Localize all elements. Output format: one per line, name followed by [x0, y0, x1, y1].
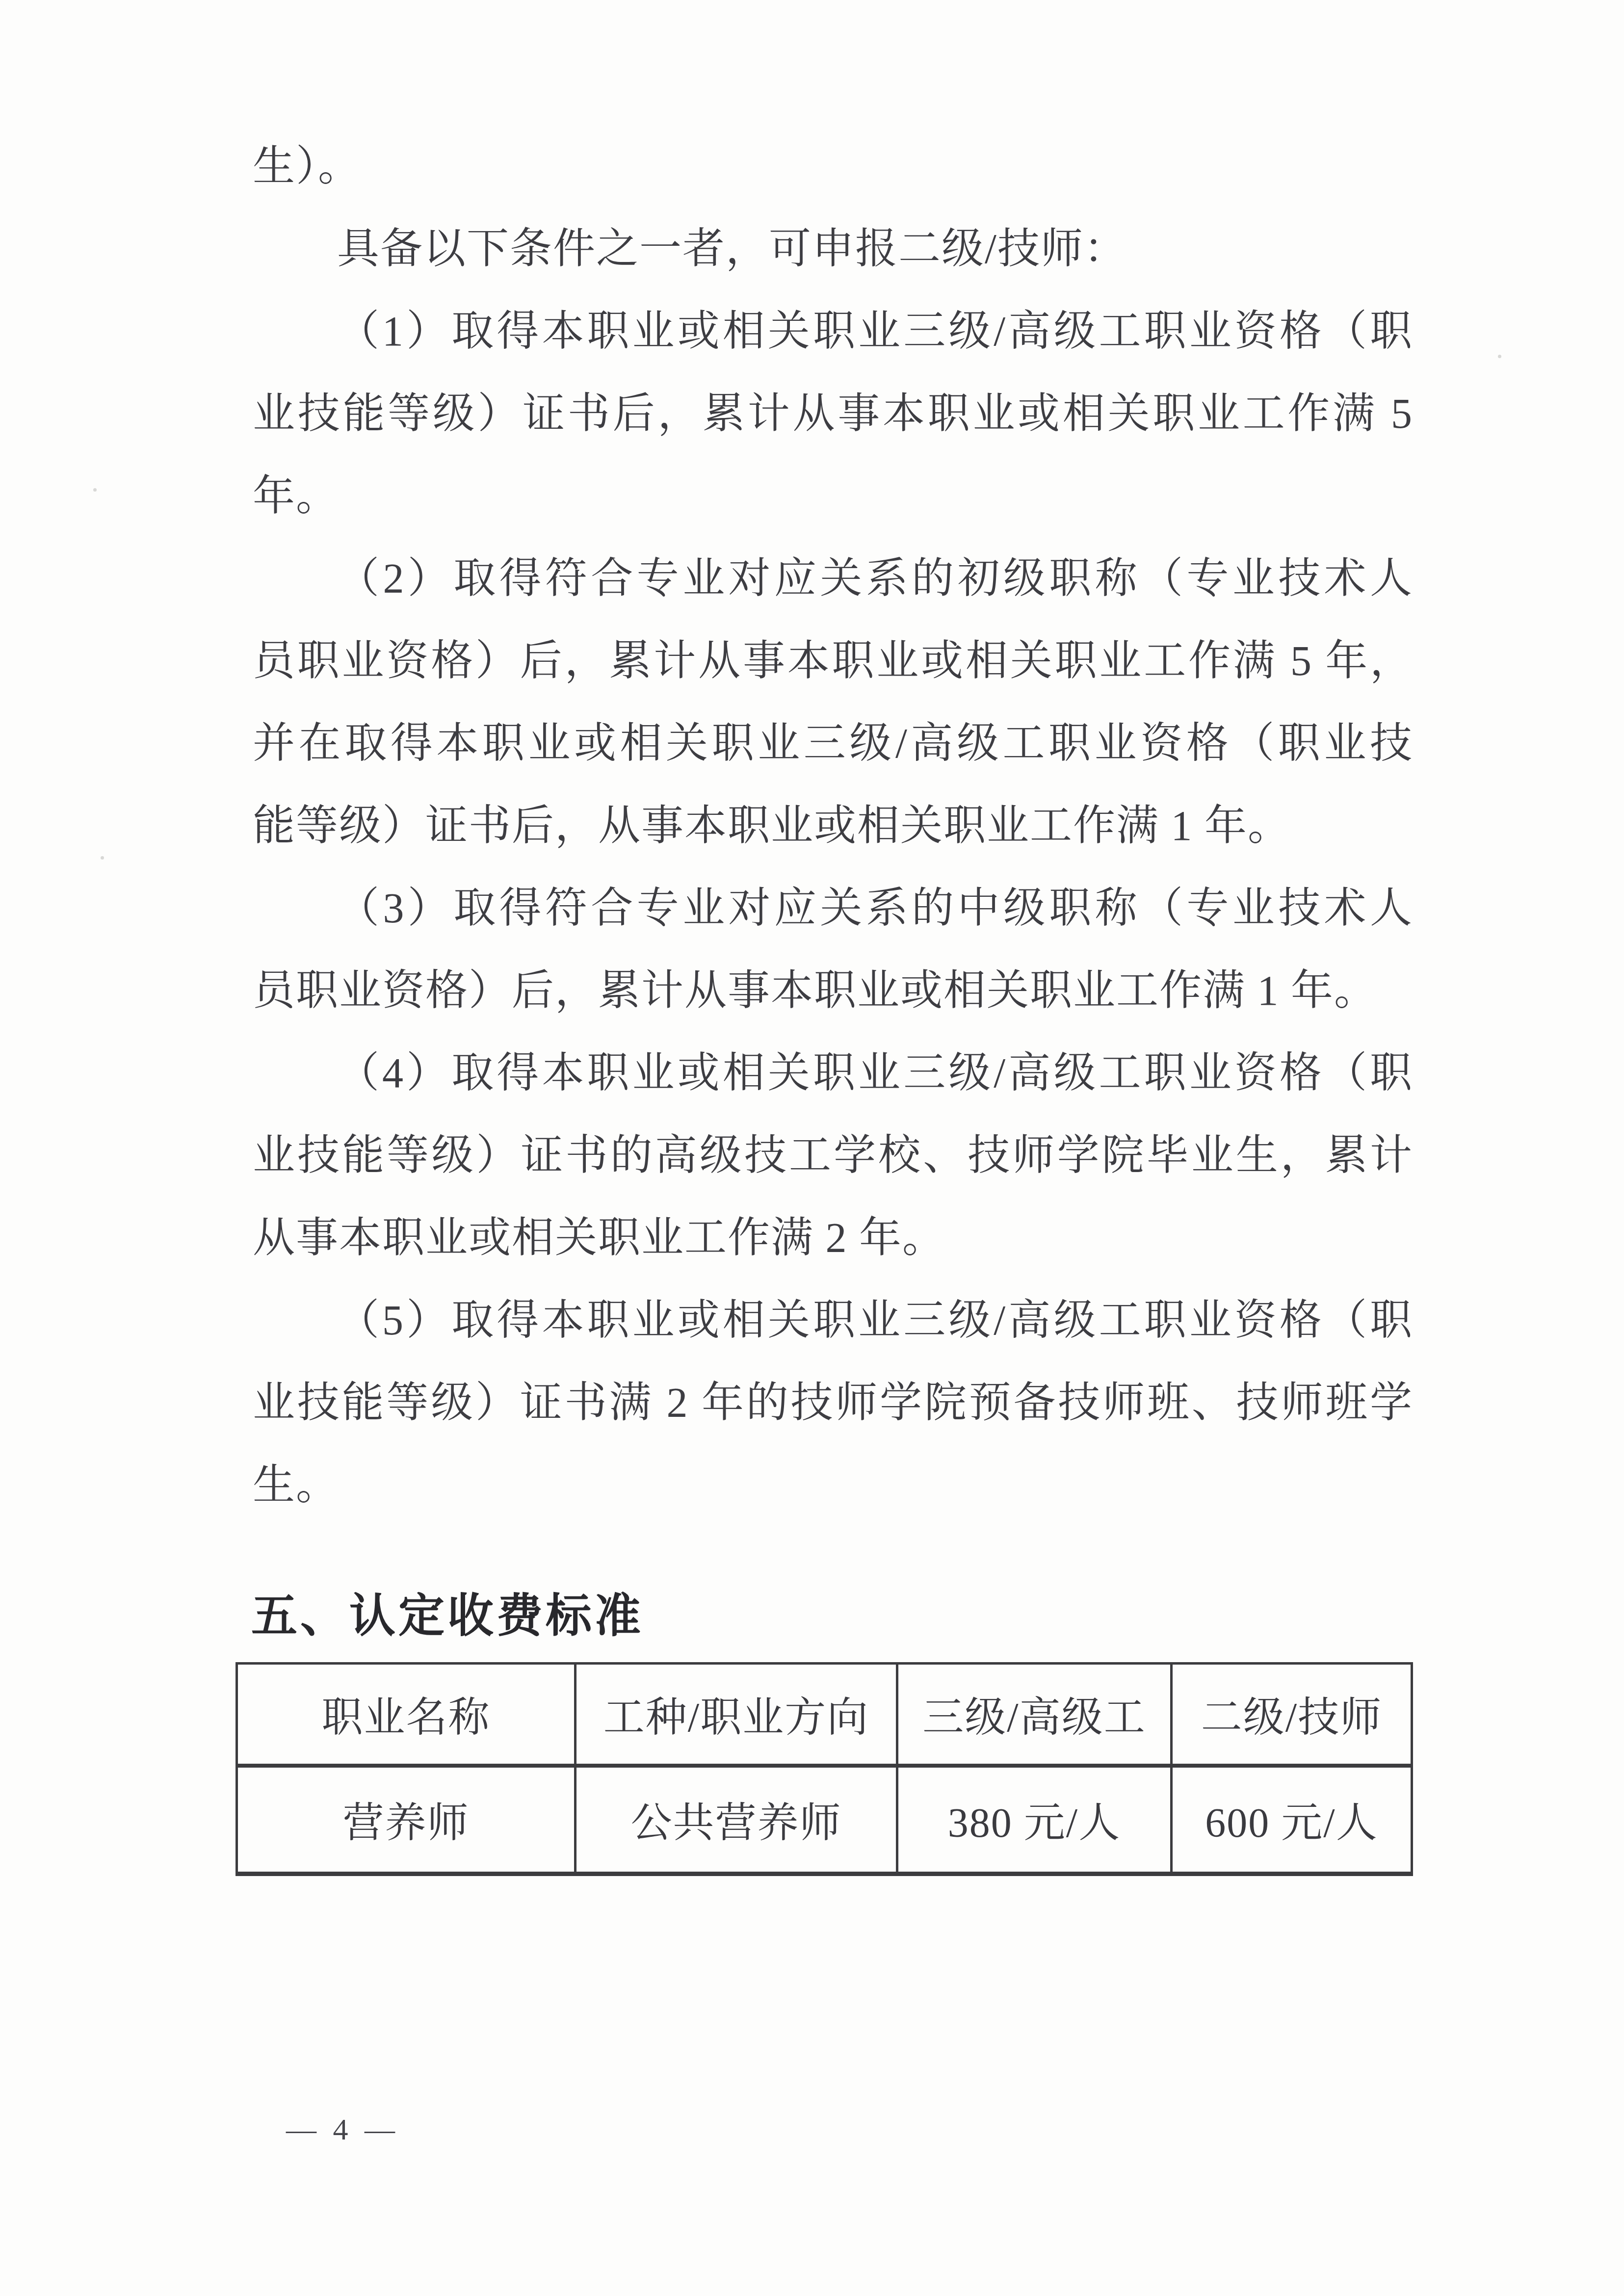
text-line: 生）。	[253, 125, 1413, 208]
fee-table-row: 营养师 公共营养师 380 元/人 600 元/人	[237, 1766, 1412, 1874]
fee-cell-level3: 380 元/人	[897, 1766, 1172, 1874]
text-line: 生。	[253, 1444, 1413, 1526]
text-line: 具备以下条件之一者，可申报二级/技师：	[253, 208, 1413, 290]
text-line: 并在取得本职业或相关职业三级/高级工职业资格（职业技	[253, 702, 1413, 784]
page-number: — 4 —	[286, 2108, 399, 2152]
text-line: 业技能等级）证书后，累计从事本职业或相关职业工作满 5	[253, 372, 1413, 455]
text-line: 能等级）证书后，从事本职业或相关职业工作满 1 年。	[253, 784, 1413, 867]
text-line: 员职业资格）后，累计从事本职业或相关职业工作满 5 年，	[253, 620, 1413, 702]
section-heading: 五、认定收费标准	[251, 1577, 644, 1655]
fee-cell-trade: 公共营养师	[576, 1766, 897, 1874]
fee-table-header-row: 职业名称 工种/职业方向 三级/高级工 二级/技师	[237, 1664, 1412, 1766]
text-line: 业技能等级）证书满 2 年的技师学院预备技师班、技师班学	[253, 1361, 1413, 1444]
fee-table-header-occupation: 职业名称	[237, 1664, 576, 1766]
text-line: （5）取得本职业或相关职业三级/高级工职业资格（职	[253, 1279, 1413, 1361]
fee-table-header-level3: 三级/高级工	[897, 1664, 1172, 1766]
fee-cell-occupation: 营养师	[237, 1766, 576, 1874]
text-line: （3）取得符合专业对应关系的中级职称（专业技术人	[253, 867, 1413, 949]
text-line: 从事本职业或相关职业工作满 2 年。	[253, 1197, 1413, 1279]
scan-speck	[101, 856, 104, 860]
text-line: 业技能等级）证书的高级技工学校、技师学院毕业生，累计	[253, 1114, 1413, 1197]
body-text: 生）。 具备以下条件之一者，可申报二级/技师： （1）取得本职业或相关职业三级/…	[253, 125, 1413, 1526]
text-line: （4）取得本职业或相关职业三级/高级工职业资格（职	[253, 1032, 1413, 1114]
text-line: 员职业资格）后，累计从事本职业或相关职业工作满 1 年。	[253, 949, 1413, 1032]
fee-table-header-trade: 工种/职业方向	[576, 1664, 897, 1766]
text-line: （1）取得本职业或相关职业三级/高级工职业资格（职	[253, 290, 1413, 372]
fee-cell-level2: 600 元/人	[1172, 1766, 1412, 1874]
text-line: （2）取得符合专业对应关系的初级职称（专业技术人	[253, 537, 1413, 620]
scan-speck	[1498, 355, 1501, 358]
scan-speck	[93, 488, 97, 492]
document-page: 生）。 具备以下条件之一者，可申报二级/技师： （1）取得本职业或相关职业三级/…	[0, 0, 1624, 2296]
fee-table: 职业名称 工种/职业方向 三级/高级工 二级/技师 营养师 公共营养师 380 …	[236, 1662, 1413, 1876]
text-line: 年。	[253, 455, 1413, 537]
fee-table-header-level2: 二级/技师	[1172, 1664, 1412, 1766]
